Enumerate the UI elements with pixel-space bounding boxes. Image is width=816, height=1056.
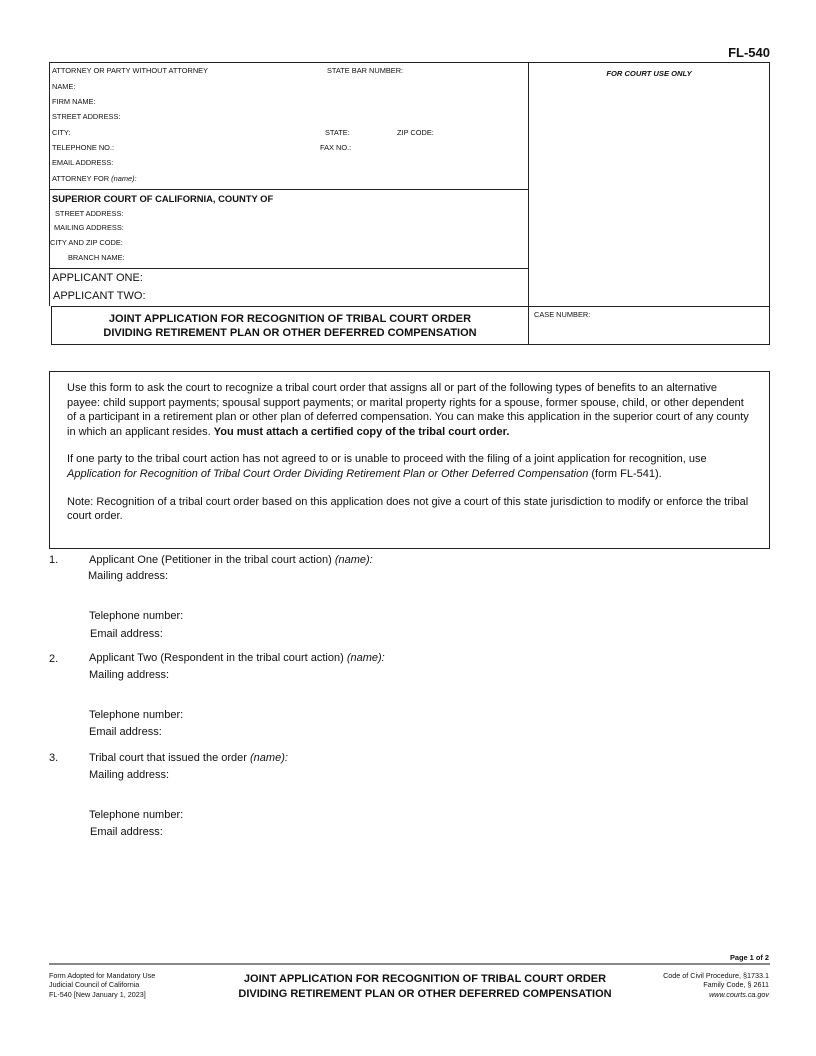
form-title: JOINT APPLICATION FOR RECOGNITION OF TRI… [51, 306, 529, 345]
attorney-header: ATTORNEY OR PARTY WITHOUT ATTORNEY [52, 66, 208, 75]
attorney-email-field[interactable]: EMAIL ADDRESS: [52, 158, 113, 167]
instructions-emphasis: You must attach a certified copy of the … [214, 426, 510, 438]
attorney-city-field[interactable]: CITY: [52, 128, 70, 137]
item-1-mailing-field[interactable]: Mailing address: [88, 570, 168, 582]
page-number: Page 1 of 2 [690, 953, 769, 962]
court-use-only-label: FOR COURT USE ONLY [529, 69, 769, 78]
attorney-name-field[interactable]: NAME: [52, 82, 75, 91]
form-id: FL-540 [720, 45, 770, 60]
court-city-zip-field[interactable]: CITY AND ZIP CODE: [50, 238, 123, 247]
item-2-number: 2. [49, 653, 58, 665]
item-1-name-field[interactable]: Applicant One (Petitioner in the tribal … [89, 554, 373, 566]
footer-adoption-info: Form Adopted for Mandatory Use Judicial … [49, 971, 155, 999]
item-2-name-field[interactable]: Applicant Two (Respondent in the tribal … [89, 652, 385, 664]
attorney-street-field[interactable]: STREET ADDRESS: [52, 112, 120, 121]
item-2-telephone-field[interactable]: Telephone number: [89, 709, 183, 721]
item-1-telephone-field[interactable]: Telephone number: [89, 610, 183, 622]
caption-divider [528, 62, 529, 345]
state-bar-label: STATE BAR NUMBER: [327, 66, 403, 75]
form-fl541-reference: Application for Recognition of Tribal Co… [67, 468, 588, 480]
attorney-section-divider [49, 189, 529, 190]
item-1-email-field[interactable]: Email address: [90, 628, 163, 640]
applicant-one-field[interactable]: APPLICANT ONE: [52, 272, 143, 284]
attorney-telephone-field[interactable]: TELEPHONE NO.: [52, 143, 114, 152]
attorney-state-field[interactable]: STATE: [325, 128, 350, 137]
instructions-paragraph-1: Use this form to ask the court to recogn… [67, 381, 753, 439]
attorney-zip-field[interactable]: ZIP CODE: [397, 128, 434, 137]
attorney-for-label: ATTORNEY FOR [52, 174, 109, 183]
applicant-two-field[interactable]: APPLICANT TWO: [53, 290, 146, 302]
instructions-box: Use this form to ask the court to recogn… [49, 371, 770, 549]
court-section-divider [49, 268, 529, 269]
footer-legal-citations: Code of Civil Procedure, §1733.1 Family … [620, 971, 769, 999]
item-3-telephone-field[interactable]: Telephone number: [89, 809, 183, 821]
attorney-for-hint: (name): [111, 174, 136, 183]
item-2-email-field[interactable]: Email address: [89, 726, 162, 738]
footer-rule [49, 963, 770, 965]
firm-name-field[interactable]: FIRM NAME: [52, 97, 96, 106]
form-title-line1: JOINT APPLICATION FOR RECOGNITION OF TRI… [51, 312, 529, 326]
item-1-number: 1. [49, 554, 58, 566]
court-branch-field[interactable]: BRANCH NAME: [68, 253, 125, 262]
item-3-number: 3. [49, 752, 58, 764]
instructions-note: Note: Recognition of a tribal court orde… [67, 495, 753, 524]
form-title-line2: DIVIDING RETIREMENT PLAN OR OTHER DEFERR… [51, 326, 529, 340]
attorney-fax-field[interactable]: FAX NO.: [320, 143, 351, 152]
item-3-email-field[interactable]: Email address: [90, 826, 163, 838]
court-mailing-field[interactable]: MAILING ADDRESS: [54, 223, 124, 232]
case-number-field[interactable]: CASE NUMBER: [534, 310, 590, 319]
court-title: SUPERIOR COURT OF CALIFORNIA, COUNTY OF [52, 193, 273, 204]
footer-title: JOINT APPLICATION FOR RECOGNITION OF TRI… [200, 972, 650, 1002]
court-street-field[interactable]: STREET ADDRESS: [55, 209, 123, 218]
attorney-for-field[interactable]: ATTORNEY FOR (name): [52, 174, 137, 183]
item-2-mailing-field[interactable]: Mailing address: [89, 669, 169, 681]
instructions-paragraph-2: If one party to the tribal court action … [67, 452, 753, 481]
item-3-mailing-field[interactable]: Mailing address: [89, 769, 169, 781]
courts-website-link[interactable]: www.courts.ca.gov [620, 990, 769, 999]
item-3-name-field[interactable]: Tribal court that issued the order (name… [89, 752, 288, 764]
